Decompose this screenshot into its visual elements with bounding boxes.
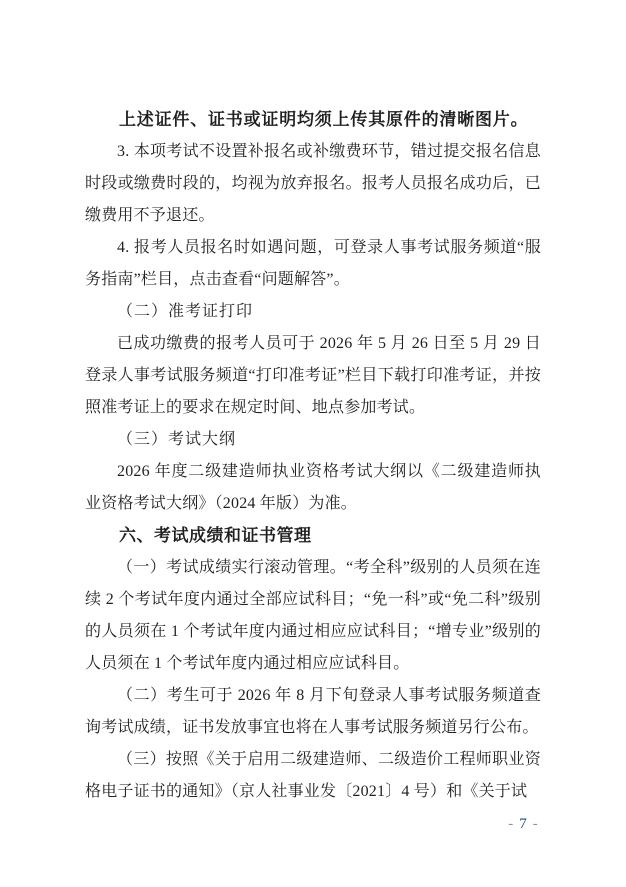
- document-body: 上述证件、证书或证明均须上传其原件的清晰图片。 3. 本项考试不设置补报名或补缴…: [85, 104, 541, 808]
- page-number-right-dash: -: [533, 816, 538, 832]
- paragraph-certificate-notice: （三）按照《关于启用二级建造师、二级造价工程师职业资格电子证书的通知》（京人社事…: [85, 744, 541, 808]
- paragraph-item-3: 3. 本项考试不设置补报名或补缴费环节，错过提交报名信息时段或缴费时段的，均视为…: [85, 136, 541, 232]
- paragraph-admission-ticket: 已成功缴费的报考人员可于 2026 年 5 月 26 日至 5 月 29 日登录…: [85, 328, 541, 424]
- subsection-heading-exam-outline: （三）考试大纲: [85, 424, 541, 456]
- paragraph-item-4: 4. 报考人员报名时如遇问题，可登录人事考试服务频道“服务指南”栏目，点击查看“…: [85, 232, 541, 296]
- paragraph-score-query: （二）考生可于 2026 年 8 月下旬登录人事考试服务频道查询考试成绩，证书发…: [85, 680, 541, 744]
- page-number-value: 7: [513, 816, 533, 832]
- lead-bold-line: 上述证件、证书或证明均须上传其原件的清晰图片。: [85, 104, 541, 136]
- document-page: 上述证件、证书或证明均须上传其原件的清晰图片。 3. 本项考试不设置补报名或补缴…: [0, 0, 626, 887]
- page-number: -7-: [488, 814, 558, 834]
- paragraph-exam-outline: 2026 年度二级建造师执业资格考试大纲以《二级建造师执业资格考试大纲》（202…: [85, 456, 541, 520]
- paragraph-rolling-management: （一）考试成绩实行滚动管理。“考全科”级别的人员须在连续 2 个考试年度内通过全…: [85, 552, 541, 680]
- subsection-heading-admission-ticket: （二）准考证打印: [85, 296, 541, 328]
- section-heading-scores-and-certificates: 六、考试成绩和证书管理: [85, 520, 541, 552]
